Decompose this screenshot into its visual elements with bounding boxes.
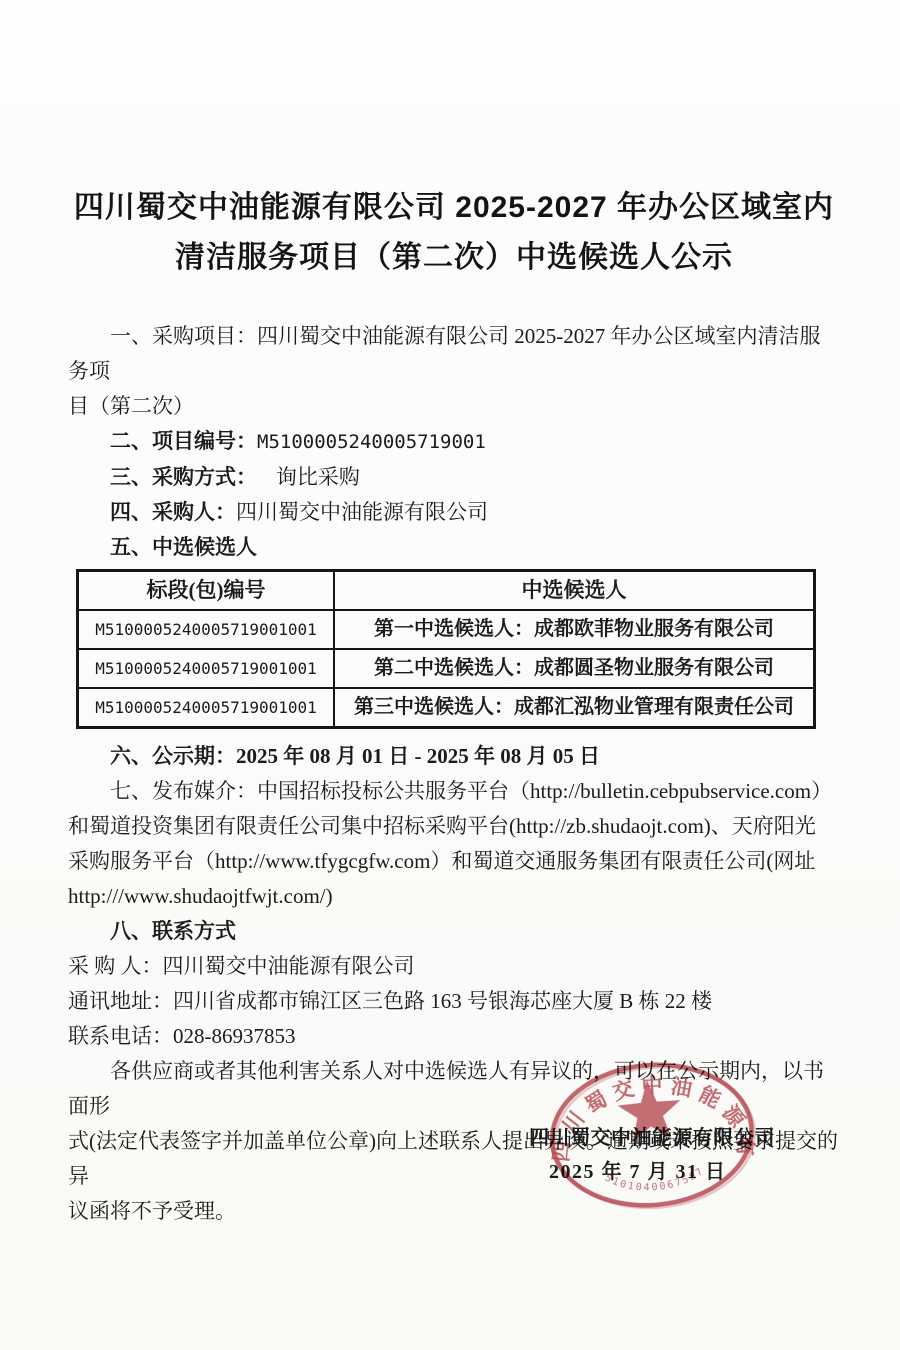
publicity-period-label: 六、公示期： <box>110 744 236 768</box>
table-row: M5100005240005719001001 第一中选候选人：成都欧菲物业服务… <box>78 610 815 649</box>
document-title-line-2: 清洁服务项目（第二次）中选候选人公示 <box>68 233 840 283</box>
paragraph-project-number: 二、项目编号：M5100005240005719001 <box>68 424 840 460</box>
candidates-table-body: M5100005240005719001001 第一中选候选人：成都欧菲物业服务… <box>78 610 815 728</box>
candidate-cell: 第一中选候选人：成都欧菲物业服务有限公司 <box>334 610 815 649</box>
header-selected-candidate: 中选候选人 <box>334 571 815 611</box>
candidates-table-head: 标段(包)编号 中选候选人 <box>78 571 815 611</box>
table-row: M5100005240005719001001 第三中选候选人：成都汇泓物业管理… <box>78 688 815 728</box>
paragraph-line: 和蜀道投资集团有限责任公司集中招标采购平台(http://zb.shudaojt… <box>68 809 840 844</box>
purchaser-value: 四川蜀交中油能源有限公司 <box>236 500 488 524</box>
paragraph-procurement-method: 三、采购方式：询比采购 <box>68 460 840 495</box>
publicity-period-value: 2025 年 08 月 01 日 - 2025 年 08 月 05 日 <box>236 744 600 768</box>
document-title-line-1: 四川蜀交中油能源有限公司 2025-2027 年办公区域室内 <box>68 183 840 233</box>
procurement-method-value: 询比采购 <box>276 465 360 489</box>
table-header-row: 标段(包)编号 中选候选人 <box>78 571 815 611</box>
company-seal-stamp: 四川蜀交中油能源有限公司 5101040067587 <box>534 1046 770 1231</box>
purchaser-label: 四、采购人： <box>110 500 236 524</box>
procurement-method-label: 三、采购方式： <box>110 465 257 489</box>
paragraph-line: http:///www.shudaojtfwjt.com/) <box>68 879 840 914</box>
document-title: 四川蜀交中油能源有限公司 2025-2027 年办公区域室内 清洁服务项目（第二… <box>68 183 840 283</box>
bid-section-code-cell: M5100005240005719001001 <box>78 649 335 688</box>
document-content: 四川蜀交中油能源有限公司 2025-2027 年办公区域室内 清洁服务项目（第二… <box>68 0 840 1229</box>
project-number-label: 二、项目编号： <box>110 429 257 453</box>
table-row: M5100005240005719001001 第二中选候选人：成都圆圣物业服务… <box>78 649 815 688</box>
paragraph-publication-media: 七、发布媒介：中国招标投标公共服务平台（http://bulletin.cebp… <box>68 774 840 914</box>
contact-purchaser: 采 购 人：四川蜀交中油能源有限公司 <box>68 949 840 984</box>
paragraph-candidates-heading: 五、中选候选人 <box>68 530 840 565</box>
svg-text:5101040067587: 5101040067587 <box>602 1164 706 1197</box>
paragraph-contact-heading: 八、联系方式 <box>68 914 840 949</box>
project-number-value: M5100005240005719001 <box>257 431 486 453</box>
seal-serial-number: 5101040067587 <box>602 1164 706 1197</box>
bid-section-code-cell: M5100005240005719001001 <box>78 610 335 649</box>
paragraph-line: 一、采购项目：四川蜀交中油能源有限公司 2025-2027 年办公区域室内清洁服… <box>68 319 840 389</box>
contact-block: 采 购 人：四川蜀交中油能源有限公司 通讯地址：四川省成都市锦江区三色路 163… <box>68 949 840 1054</box>
scanned-document-page: 四川蜀交中油能源有限公司 2025-2027 年办公区域室内 清洁服务项目（第二… <box>0 0 900 1350</box>
header-bid-section-code: 标段(包)编号 <box>78 571 335 611</box>
candidate-cell: 第三中选候选人：成都汇泓物业管理有限责任公司 <box>334 688 815 728</box>
paragraph-line: 采购服务平台（http://www.tfygcgfw.com）和蜀道交通服务集团… <box>68 844 840 879</box>
paragraph-line: 七、发布媒介：中国招标投标公共服务平台（http://bulletin.cebp… <box>68 774 840 809</box>
paragraph-procurement-project: 一、采购项目：四川蜀交中油能源有限公司 2025-2027 年办公区域室内清洁服… <box>68 319 840 424</box>
paragraph-line: 目（第二次） <box>68 389 840 424</box>
paragraph-purchaser: 四、采购人：四川蜀交中油能源有限公司 <box>68 495 840 530</box>
candidates-table: 标段(包)编号 中选候选人 M5100005240005719001001 第一… <box>76 569 816 729</box>
paragraph-publicity-period: 六、公示期：2025 年 08 月 01 日 - 2025 年 08 月 05 … <box>68 739 840 774</box>
bid-section-code-cell: M5100005240005719001001 <box>78 688 335 728</box>
contact-address: 通讯地址：四川省成都市锦江区三色路 163 号银海芯座大厦 B 栋 22 楼 <box>68 984 840 1019</box>
candidate-cell: 第二中选候选人：成都圆圣物业服务有限公司 <box>334 649 815 688</box>
